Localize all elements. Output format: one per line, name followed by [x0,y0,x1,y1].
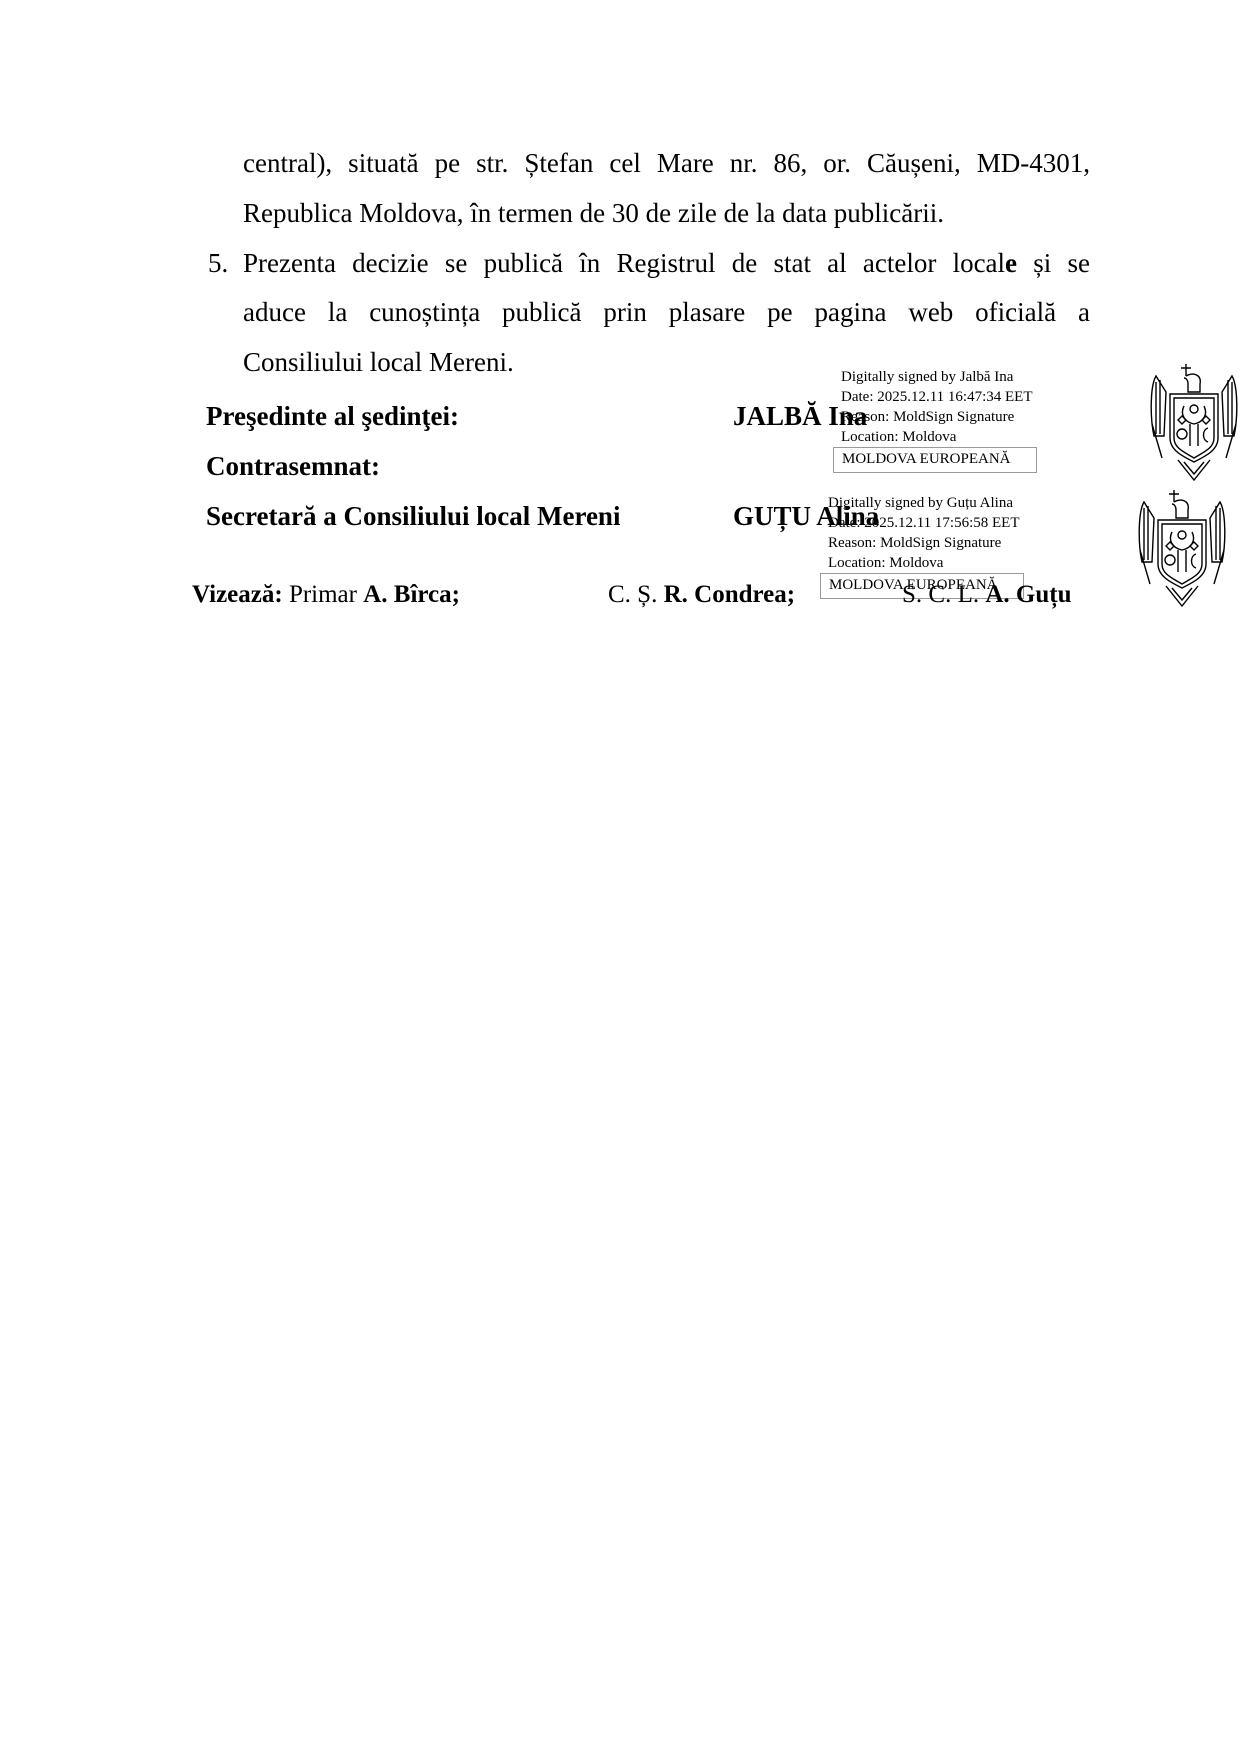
signature-reason: Reason: MoldSign Signature [841,407,1033,427]
signature-location: Location: Moldova [828,553,1020,573]
vizeaza-name-3: A. Guțu [985,581,1071,608]
paragraph-5-bold-letter: e [1005,248,1017,278]
signature-location: Location: Moldova [841,427,1033,447]
vizeaza-role-3: S. C. L. [902,581,985,608]
vizeaza-role-2: C. Ș. [608,581,664,608]
moldova-coat-of-arms-icon [1148,362,1240,482]
vizeaza-item-3: S. C. L. A. Guțu [902,582,1072,607]
vizeaza-name-1: A. Bîrca; [363,581,460,608]
signature-date: Date: 2025.12.11 17:56:58 EET [828,513,1020,533]
president-label: Preşedinte al şedinţei: [206,403,459,430]
paragraph-5-line-1-a: Prezenta decizie se publică în Registrul… [243,248,1005,278]
signature-date: Date: 2025.12.11 16:47:34 EET [841,387,1033,407]
paragraph-5-line-3: Consiliului local Mereni. [243,349,514,376]
paragraph-5-line-1-b: și se [1017,248,1090,278]
paragraph-5-line-2: aduce la cunoștința publică prin plasare… [243,299,1090,326]
countersigned-label: Contrasemnat: [206,453,380,480]
signature-reason: Reason: MoldSign Signature [828,533,1020,553]
paragraph-5-line-1: Prezenta decizie se publică în Registrul… [243,250,1090,277]
digital-signature-2[interactable]: Digitally signed by Guțu Alina Date: 202… [828,493,1020,573]
paragraph-5-number: 5. [208,250,228,277]
paragraph-4-line-1: central), situată pe str. Ștefan cel Mar… [243,150,1090,177]
vizeaza-item-2: C. Ș. R. Condrea; [608,582,795,607]
paragraph-4-line-2: Republica Moldova, în termen de 30 de zi… [243,200,944,227]
digital-signature-1[interactable]: Digitally signed by Jalbă Ina Date: 2025… [841,367,1033,447]
vizeaza-role-1: Primar [283,581,364,608]
vizeaza-line: Vizează: Primar A. Bîrca; [192,582,460,607]
moldova-coat-of-arms-icon [1134,488,1230,608]
secretary-label: Secretară a Consiliului local Mereni [206,503,620,530]
signed-by: Digitally signed by Jalbă Ina [841,367,1033,387]
vizeaza-label: Vizează: [192,581,283,608]
vizeaza-name-2: R. Condrea; [664,581,795,608]
signed-by: Digitally signed by Guțu Alina [828,493,1020,513]
signature-badge-1: MOLDOVA EUROPEANĂ [833,447,1037,473]
